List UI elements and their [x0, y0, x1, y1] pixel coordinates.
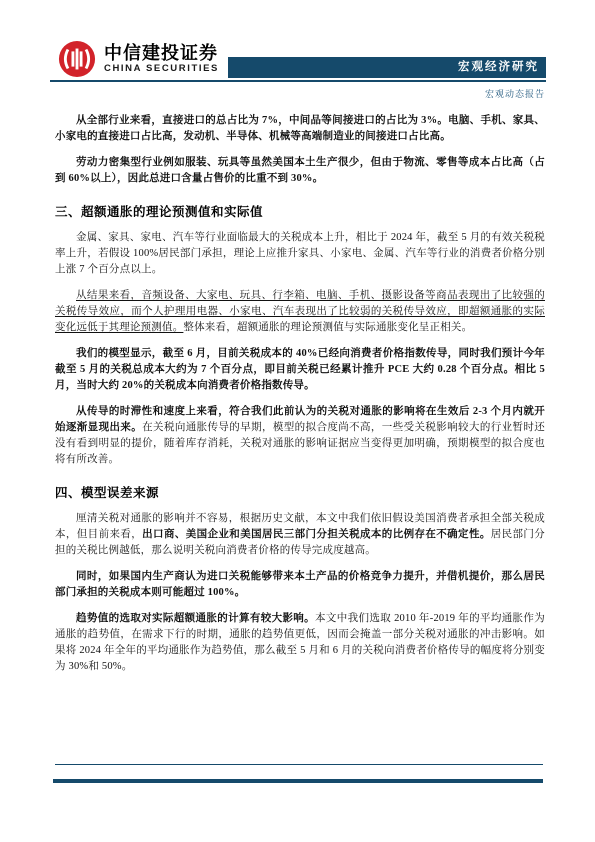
- brand-name-cn: 中信建投证券: [104, 43, 219, 63]
- section-heading-4: 四、模型误差来源: [55, 483, 545, 501]
- footer-thin-rule: [55, 764, 543, 765]
- paragraph-text: 金属、家具、家电、汽车等行业面临最大的关税成本上升，相比于 2024 年，截至 …: [55, 232, 545, 275]
- section-heading-text: 四、模型误差来源: [55, 483, 159, 501]
- brand-block: 中信建投证券 CHINA SECURITIES: [58, 40, 219, 78]
- paragraph: 金属、家具、家电、汽车等行业面临最大的关税成本上升，相比于 2024 年，截至 …: [55, 230, 545, 278]
- report-page: 中信建投证券 CHINA SECURITIES 宏观经济研究 宏观动态报告 从全…: [0, 0, 595, 842]
- footer-thick-rule: [53, 779, 543, 783]
- brand-name-en: CHINA SECURITIES: [104, 63, 219, 75]
- paragraph: 劳动力密集型行业例如服装、玩具等虽然美国本土生产很少，但由于物流、零售等成本占比…: [55, 155, 545, 187]
- report-body: 从全部行业来看，直接进口的总占比为 7%，中间品等间接进口的占比为 3%。电脑、…: [55, 113, 545, 685]
- paragraph-text: 同时，如果国内生产商认为进口关税能够带来本土产品的价格竞争力提升，并借机提价，那…: [55, 571, 545, 598]
- brand-text: 中信建投证券 CHINA SECURITIES: [104, 43, 219, 75]
- header-divider: [50, 80, 546, 82]
- report-type-label: 宏观动态报告: [485, 87, 545, 100]
- paragraph: 同时，如果国内生产商认为进口关税能够带来本土产品的价格竞争力提升，并借机提价，那…: [55, 569, 545, 601]
- paragraph: 从全部行业来看，直接进口的总占比为 7%，中间品等间接进口的占比为 3%。电脑、…: [55, 113, 545, 145]
- section-heading-text: 三、超额通胀的理论预测值和实际值: [55, 202, 263, 220]
- paragraph: 我们的模型显示，截至 6 月，目前关税成本的 40%已经向消费者价格指数传导，同…: [55, 346, 545, 394]
- paragraph-text: 趋势值的选取对实际超额通胀的计算有较大影响。: [76, 613, 315, 624]
- paragraph-text: 整体来看，超额通胀的理论预测值与实际通胀变化呈正相关。: [183, 322, 472, 333]
- paragraph: 趋势值的选取对实际超额通胀的计算有较大影响。本文中我们选取 2010 年-201…: [55, 611, 545, 675]
- paragraph-text: 劳动力密集型行业例如服装、玩具等虽然美国本土生产很少，但由于物流、零售等成本占比…: [55, 157, 545, 184]
- paragraph-text: 出口商、美国企业和美国居民三部门分担关税成本的比例存在不确定性。: [142, 529, 491, 540]
- report-category-banner: 宏观经济研究: [228, 57, 546, 78]
- csc-logo-icon: [58, 40, 96, 78]
- paragraph: 从传导的时滞性和速度上来看，符合我们此前认为的关税对通胀的影响将在生效后 2-3…: [55, 404, 545, 468]
- paragraph: 从结果来看，音频设备、大家电、玩具、行李箱、电脑、手机、摄影设备等商品表现出了比…: [55, 288, 545, 336]
- paragraph: 厘清关税对通胀的影响并不容易，根据历史文献，本文中我们依旧假设美国消费者承担全部…: [55, 511, 545, 559]
- section-heading-3: 三、超额通胀的理论预测值和实际值: [55, 202, 545, 220]
- paragraph-text: 我们的模型显示，截至 6 月，目前关税成本的 40%已经向消费者价格指数传导，同…: [55, 348, 545, 391]
- paragraph-text: 从全部行业来看，直接进口的总占比为 7%，中间品等间接进口的占比为 3%。电脑、…: [55, 115, 545, 142]
